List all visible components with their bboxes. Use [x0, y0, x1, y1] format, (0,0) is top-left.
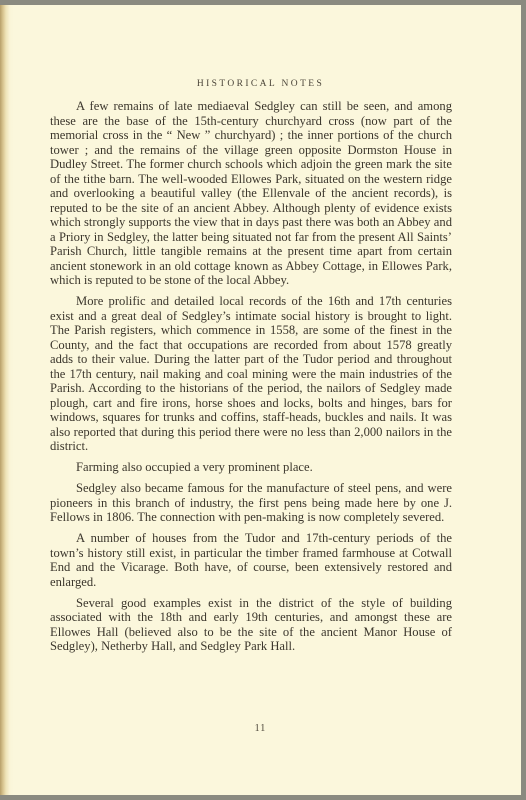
paragraph-steel-pens: Sedgley also became famous for the manuf… — [50, 481, 452, 525]
running-header: HISTORICAL NOTES — [0, 79, 521, 89]
page-body: A few remains of late mediaeval Sedgley … — [50, 99, 452, 660]
paragraph-16th-17th-centuries: More prolific and detailed local records… — [50, 294, 452, 454]
page-number: 11 — [0, 723, 521, 734]
book-page: HISTORICAL NOTES A few remains of late m… — [0, 5, 521, 795]
paragraph-18th-19th-buildings: Several good examples exist in the distr… — [50, 596, 452, 654]
paragraph-farming: Farming also occupied a very prominent p… — [50, 460, 452, 475]
paragraph-mediaeval-remains: A few remains of late mediaeval Sedgley … — [50, 99, 452, 288]
paragraph-tudor-houses: A number of houses from the Tudor and 17… — [50, 531, 452, 589]
